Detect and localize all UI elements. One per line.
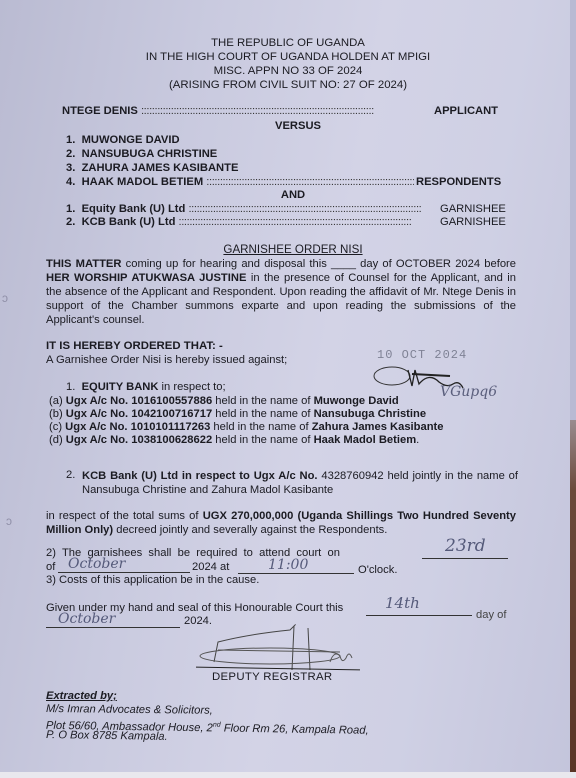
registrar-signature [190, 622, 370, 672]
account-c: (c) Ugx A/c No. 1010101117263 held in th… [49, 421, 444, 434]
item2-of: of [46, 561, 55, 574]
matter-paragraph: THIS MATTER coming up for hearing and di… [46, 257, 516, 327]
handwritten-given-day: 14th [385, 594, 420, 612]
given-day-blank [366, 615, 472, 616]
item3: 3) Costs of this application be in the c… [46, 574, 259, 587]
dot-leader: ::::::::::::::::::::::::::::::::::::::::… [141, 105, 374, 117]
deputy-registrar-title: DEPUTY REGISTRAR [212, 671, 332, 684]
kcb-item-num: 2. [66, 469, 75, 482]
header-arising-from: (ARISING FROM CIVIL SUIT NO: 27 OF 2024) [0, 78, 576, 93]
respondent-3: 3. ZAHURA JAMES KASIBANTE [66, 162, 238, 175]
header-case-number: MISC. APPN NO 33 OF 2024 [0, 64, 576, 79]
garnishee-1: 1. Equity Bank (U) Ltd :::::::::::::::::… [66, 203, 446, 216]
handwritten-court-time: 11:00 [268, 557, 308, 573]
ordered-heading: IT IS HEREBY ORDERED THAT: - [46, 340, 223, 353]
bottom-edge [0, 772, 576, 778]
extracted-heading: Extracted by; [46, 690, 117, 703]
garnishee-2-role: GARNISHEE [440, 216, 506, 229]
header-republic: THE REPUBLIC OF UGANDA [0, 36, 576, 51]
account-d: (d) Ugx A/c No. 1038100628622 held in th… [49, 434, 419, 447]
kcb-item: KCB Bank (U) Ltd in respect to Ugx A/c N… [82, 469, 518, 497]
applicant-name: NTEGE DENIS [62, 105, 138, 117]
garnishee-2: 2. KCB Bank (U) Ltd ::::::::::::::::::::… [66, 216, 446, 229]
court-day-blank [422, 558, 508, 559]
handwritten-margin-note: VGupq6 [440, 384, 497, 400]
handwritten-court-day: 23rd [445, 536, 486, 556]
header-court: IN THE HIGH COURT OF UGANDA HOLDEN AT MP… [0, 50, 576, 65]
handwritten-given-month: October [58, 611, 115, 627]
sum-paragraph: in respect of the total sums of UGX 270,… [46, 509, 516, 537]
received-stamp-date: 10 OCT 2024 [377, 348, 467, 362]
order-intro: A Garnishee Order Nisi is hereby issued … [46, 354, 287, 367]
margin-mark-icon: ↄ [2, 291, 8, 305]
equity-item: 1. EQUITY BANK in respect to; [66, 381, 226, 394]
account-b: (b) Ugx A/c No. 1042100716717 held in th… [49, 408, 426, 421]
account-a: (a) Ugx A/c No. 1016100557886 held in th… [49, 395, 399, 408]
respondent-1: 1. MUWONGE DAVID [66, 134, 180, 147]
court-month-blank [58, 572, 190, 573]
margin-mark-icon: ↄ [6, 514, 12, 528]
firm-pobox: P. O Box 8785 Kampala. [46, 729, 168, 744]
given-month-blank [46, 627, 180, 628]
order-title: GARNISHEE ORDER NISI [0, 243, 576, 256]
given-day-of: day of [476, 609, 506, 622]
handwritten-court-month: October [68, 556, 125, 572]
garnishee-1-role: GARNISHEE [440, 203, 506, 216]
and-label: AND [0, 189, 576, 202]
desk-edge [570, 420, 576, 772]
document-page: THE REPUBLIC OF UGANDA IN THE HIGH COURT… [0, 0, 570, 772]
respondent-2: 2. NANSUBUGA CHRISTINE [66, 148, 217, 161]
respondents-role: RESPONDENTS [414, 176, 501, 189]
item2-year: 2024 at [192, 561, 229, 574]
item2-oclock: O'clock. [358, 564, 397, 577]
versus-label: VERSUS [0, 120, 576, 133]
applicant-role: APPLICANT [432, 105, 498, 118]
